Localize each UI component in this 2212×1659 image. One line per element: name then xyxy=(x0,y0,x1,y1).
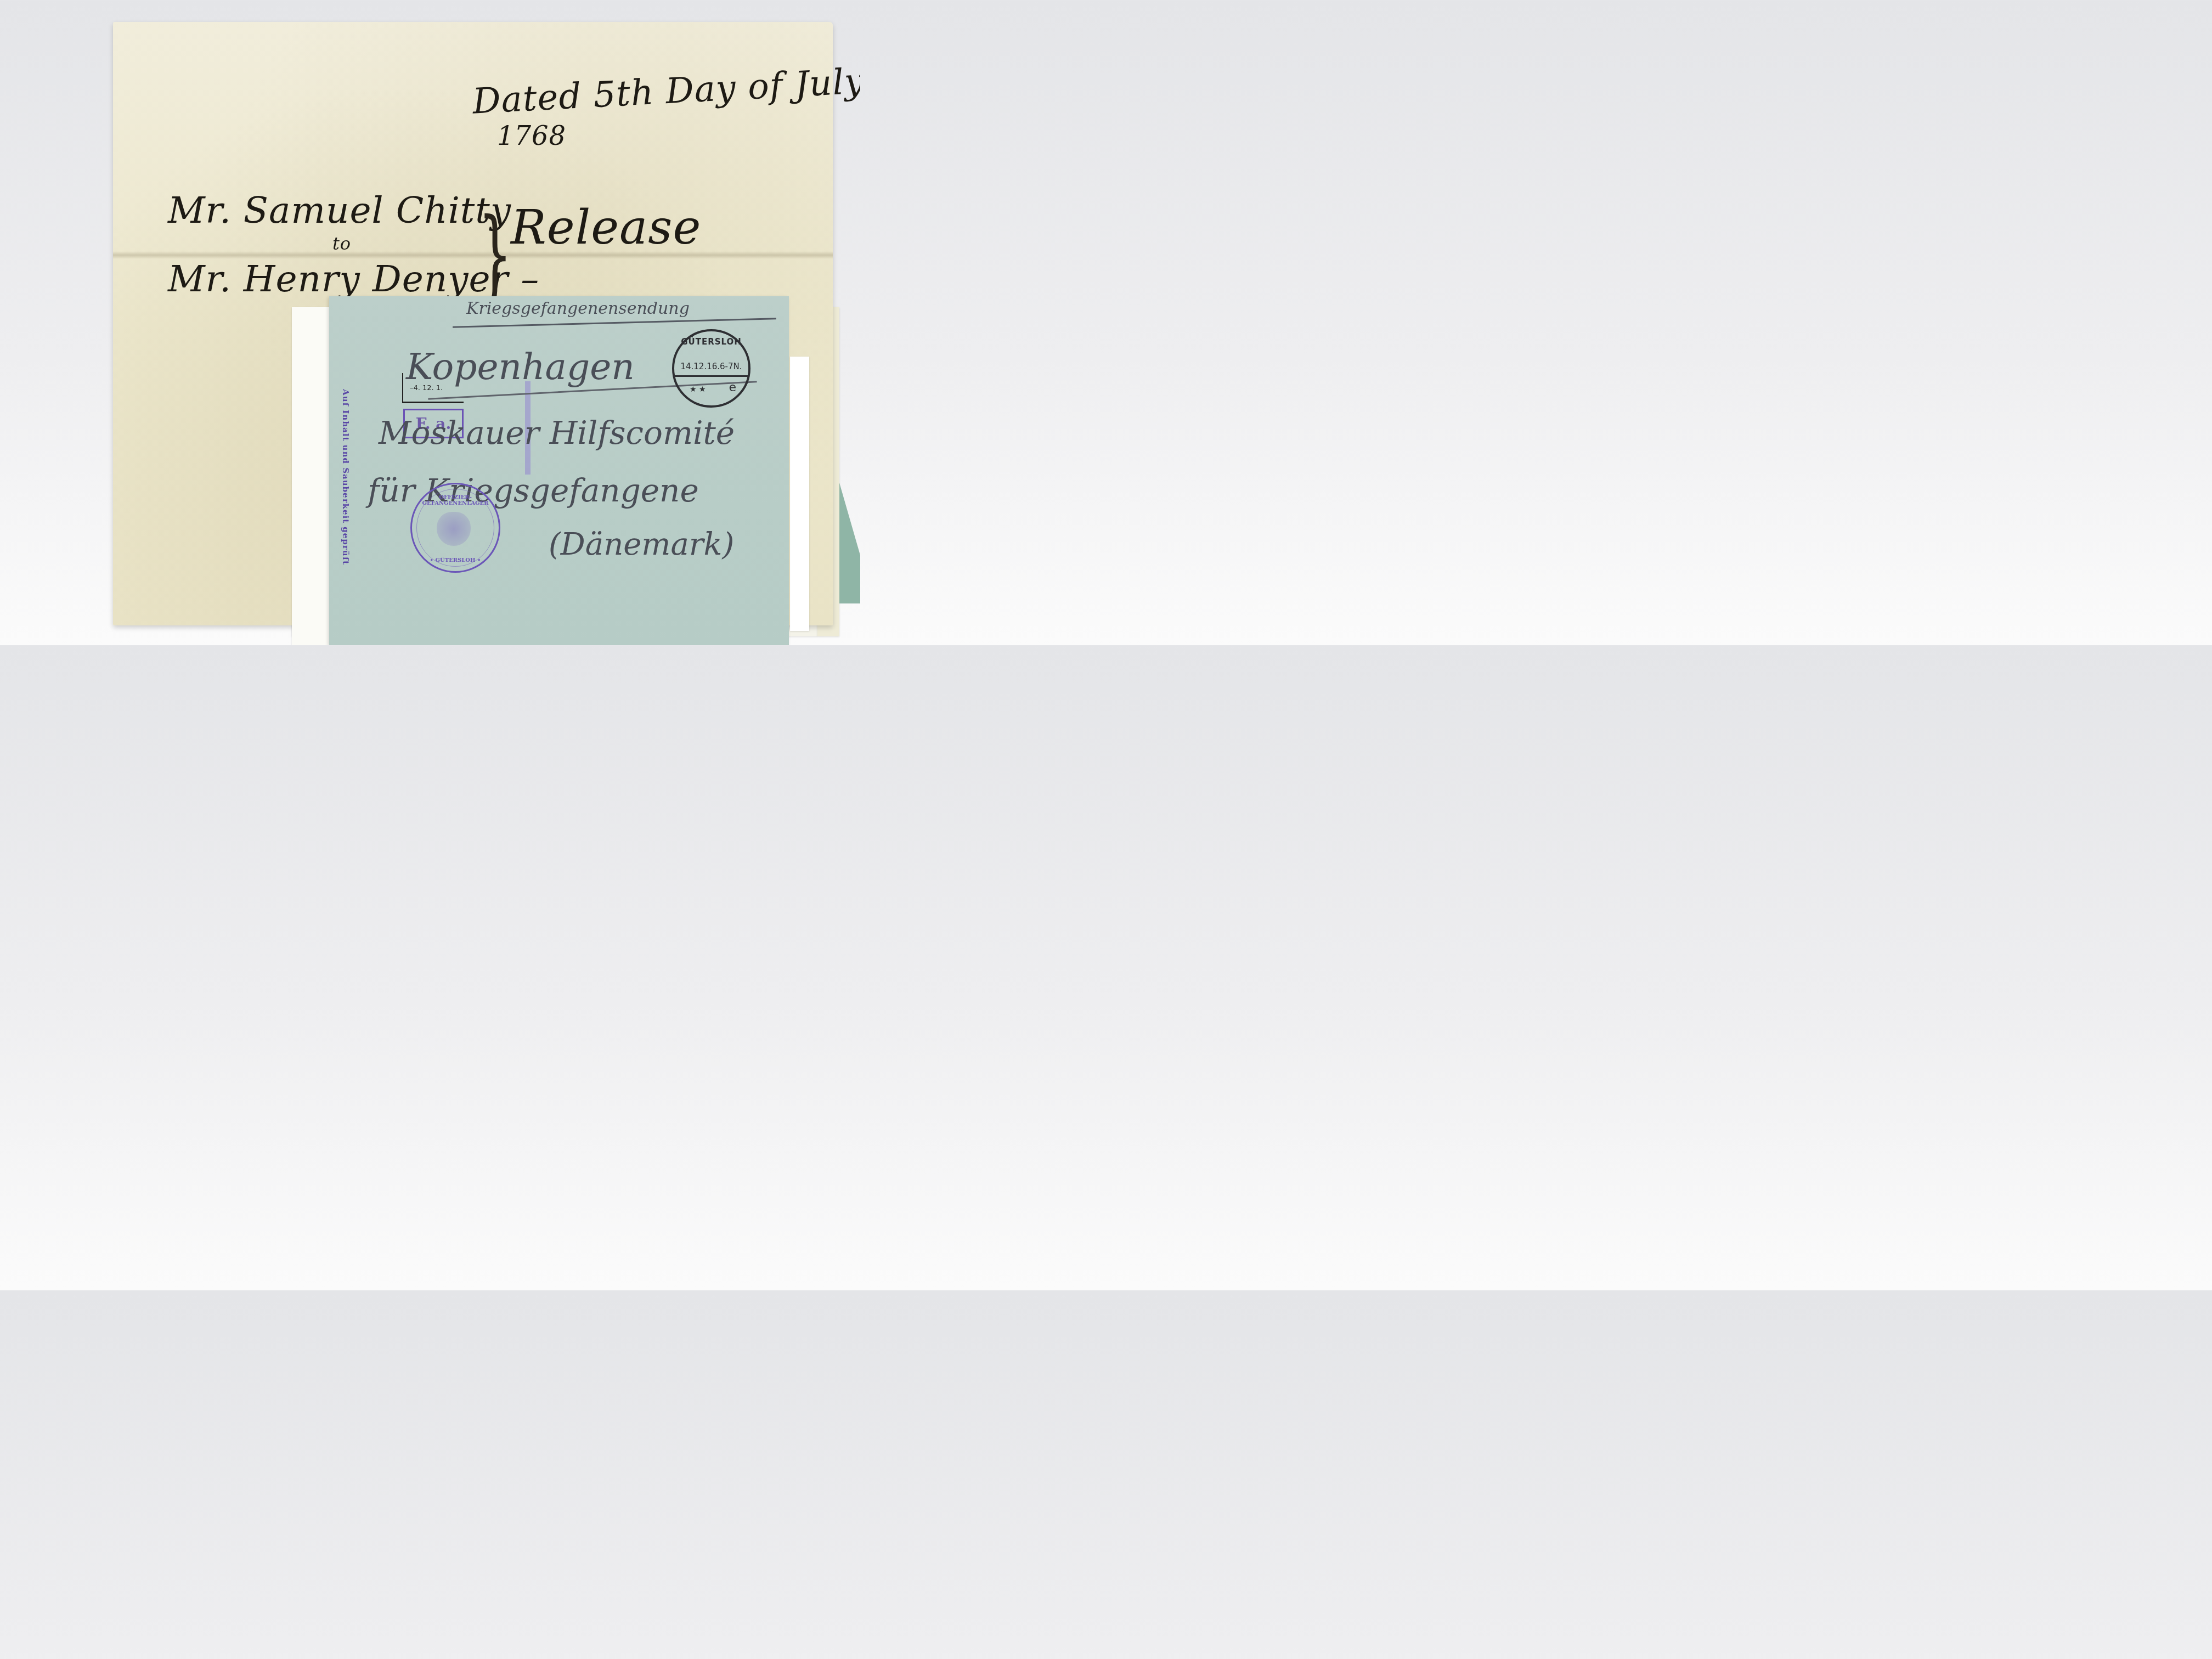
deed-party-1: Mr. Samuel Chitty xyxy=(168,189,511,232)
seal-bottom-text: • GÜTERSLOH • xyxy=(412,557,499,563)
deed-connector: to xyxy=(332,233,351,254)
deed-dated-line: Dated 5th Day of July xyxy=(472,61,860,122)
address-line-1: Moskauer Hilfscomité xyxy=(379,414,735,452)
postmark-bar xyxy=(674,375,748,377)
star-icon: ★ ★ xyxy=(690,385,706,394)
white-insert-right xyxy=(790,357,809,631)
censor-vertical-text: Auf Inhalt und Sauberkeit geprüft xyxy=(341,389,351,554)
pow-envelope: Kriegsgefangenensendung –4. 12. 1. F. a.… xyxy=(329,296,789,645)
postmark-date: 14.12.16.6-7N. xyxy=(676,362,746,371)
envelope-header: Kriegsgefangenensendung xyxy=(466,299,690,318)
header-underline xyxy=(453,318,776,328)
deed-document-type: Release xyxy=(511,200,701,255)
eagle-icon xyxy=(437,512,471,546)
camp-seal: OFFIZIER-GEFANGENENLAGER • GÜTERSLOH • xyxy=(410,483,500,573)
address-line-3: (Dänemark) xyxy=(549,527,734,562)
brace-icon: } xyxy=(478,198,513,312)
seal-top-text: OFFIZIER-GEFANGENENLAGER xyxy=(412,494,499,506)
postmark-letter: e xyxy=(729,381,736,394)
postmark-city: GÜTERSLOH xyxy=(674,337,748,347)
deed-year: 1768 xyxy=(497,121,566,151)
envelope-city: Kopenhagen xyxy=(406,346,635,388)
gutersloh-postmark: GÜTERSLOH 14.12.16.6-7N. ★ ★ e xyxy=(672,329,751,408)
